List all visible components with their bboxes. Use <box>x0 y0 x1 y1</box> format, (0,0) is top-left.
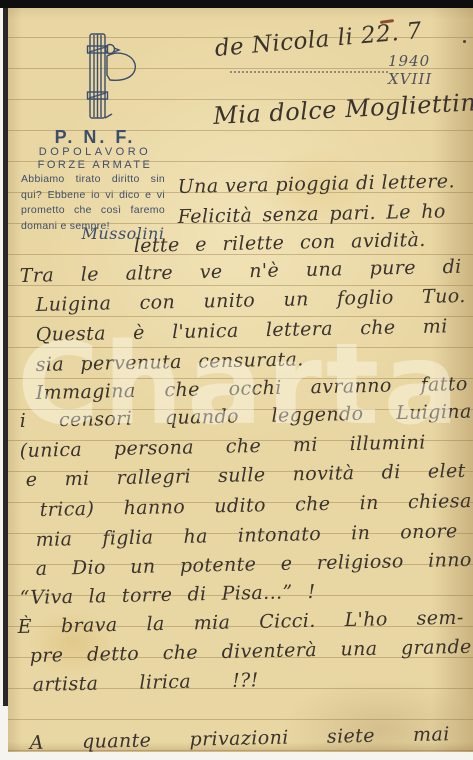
org-acronym: P. N. F. <box>20 127 170 148</box>
scan-top-border <box>0 0 473 8</box>
fasces-icon <box>82 30 144 124</box>
org-name-line1: DOPOLAVORO <box>20 146 170 158</box>
printed-year: 1940 XVIII <box>388 52 473 88</box>
date-dotted-line <box>230 71 388 73</box>
letter-scan: P. N. F. DOPOLAVORO FORZE ARMATE Abbiamo… <box>0 0 473 760</box>
ink-speck <box>463 40 466 43</box>
org-name-line2: FORZE ARMATE <box>20 159 170 171</box>
letter-paper: P. N. F. DOPOLAVORO FORZE ARMATE Abbiamo… <box>8 8 473 752</box>
